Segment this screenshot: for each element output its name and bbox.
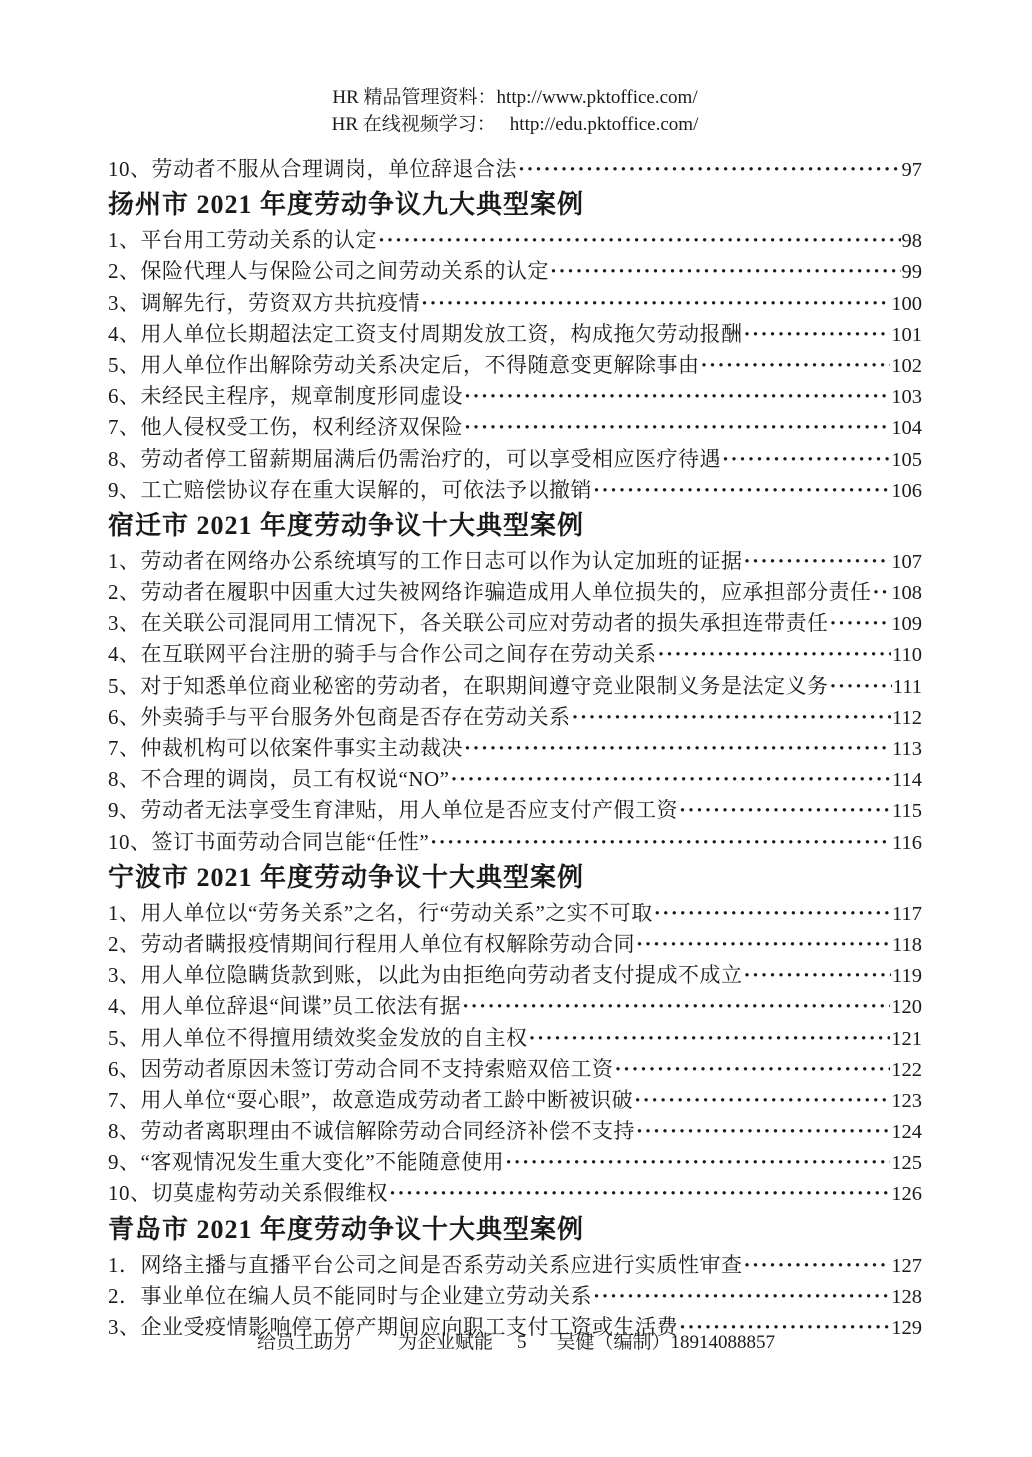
- toc-entry-page-number: 101: [891, 320, 922, 350]
- toc-entry: 8、不合理的调岗，员工有权说“NO”114: [108, 764, 922, 795]
- toc-dot-leader: [529, 1023, 891, 1054]
- toc-entry: 2、保险代理人与保险公司之间劳动关系的认定99: [108, 256, 922, 287]
- toc-dot-leader: [593, 475, 890, 506]
- header-url-2: http://edu.pktoffice.com/: [510, 114, 699, 135]
- toc-entry: 3、调解先行，劳资双方共抗疫情100: [108, 288, 922, 319]
- toc-entry: 3、用人单位隐瞒货款到账，以此为由拒绝向劳动者支付提成不成立119: [108, 960, 922, 991]
- toc-entry-page-number: 99: [902, 257, 923, 287]
- toc-dot-leader: [593, 1281, 890, 1312]
- toc-dot-leader: [464, 733, 891, 764]
- toc-entry-page-number: 106: [891, 476, 922, 506]
- toc-section-heading: 宁波市 2021 年度劳动争议十大典型案例: [108, 858, 922, 898]
- toc-dot-leader: [634, 1085, 890, 1116]
- toc-entry-page-number: 125: [891, 1148, 922, 1178]
- toc-entry: 2．事业单位在编人员不能同时与企业建立劳动关系128: [108, 1281, 922, 1312]
- toc-entry: 1、用人单位以“劳务关系”之名，行“劳动关系”之实不可取117: [108, 898, 922, 929]
- toc-entry-page-number: 123: [891, 1086, 922, 1116]
- toc-entry: 7、仲裁机构可以依案件事实主动裁决113: [108, 733, 922, 764]
- header-url-1: http://www.pktoffice.com/: [497, 87, 698, 108]
- toc-entry: 10、劳动者不服从合理调岗，单位辞退合法97: [108, 154, 922, 185]
- toc-entry: 7、用人单位“耍心眼”，故意造成劳动者工龄中断被识破123: [108, 1085, 922, 1116]
- toc-entry-title: 10、切莫虚构劳动关系假维权: [108, 1178, 388, 1209]
- toc-entry: 8、劳动者离职理由不诚信解除劳动合同经济补偿不支持124: [108, 1116, 922, 1147]
- toc-entry-title: 6、因劳动者原因未签订劳动合同不支持索赔双倍工资: [108, 1054, 614, 1085]
- toc-entry-page-number: 111: [893, 672, 922, 702]
- toc-entry-page-number: 109: [891, 609, 922, 639]
- toc-entry: 5、用人单位作出解除劳动关系决定后，不得随意变更解除事由102: [108, 350, 922, 381]
- toc-entry-title: 8、劳动者停工留薪期届满后仍需治疗的，可以享受相应医疗待遇: [108, 444, 721, 475]
- toc-entry-page-number: 116: [892, 828, 922, 858]
- toc-entry-page-number: 102: [891, 351, 922, 381]
- toc-entry-title: 10、签订书面劳动合同岂能“任性”: [108, 827, 429, 858]
- toc-entry-title: 2、保险代理人与保险公司之间劳动关系的认定: [108, 256, 549, 287]
- toc-entry-title: 6、未经民主程序，规章制度形同虚设: [108, 381, 463, 412]
- toc-entry: 8、劳动者停工留薪期届满后仍需治疗的，可以享受相应医疗待遇105: [108, 444, 922, 475]
- toc-entry-page-number: 115: [892, 796, 922, 826]
- toc-entry-title: 4、在互联网平台注册的骑手与合作公司之间存在劳动关系: [108, 639, 657, 670]
- toc-entry-page-number: 120: [891, 992, 922, 1022]
- footer-slogan-left: 给员工助力: [257, 1332, 352, 1353]
- toc-entry-title: 3、用人单位隐瞒货款到账，以此为由拒绝向劳动者支付提成不成立: [108, 960, 743, 991]
- toc-entry: 5、对于知悉单位商业秘密的劳动者，在职期间遵守竞业限制义务是法定义务111: [108, 671, 922, 702]
- toc-entry: 2、劳动者在履职中因重大过失被网络诈骗造成用人单位损失的，应承担部分责任108: [108, 577, 922, 608]
- toc-dot-leader: [615, 1054, 891, 1085]
- toc-entry-page-number: 112: [892, 703, 922, 733]
- toc-entry-page-number: 122: [891, 1055, 922, 1085]
- toc-entry-page-number: 124: [891, 1117, 922, 1147]
- toc-entry: 1、劳动者在网络办公系统填写的工作日志可以作为认定加班的证据107: [108, 546, 922, 577]
- toc-dot-leader: [744, 960, 892, 991]
- toc-entry-page-number: 128: [891, 1282, 922, 1312]
- toc-section-heading: 青岛市 2021 年度劳动争议十大典型案例: [108, 1210, 922, 1250]
- toc-section-heading: 扬州市 2021 年度劳动争议九大典型案例: [108, 185, 922, 225]
- page-header: HR 精品管理资料：http://www.pktoffice.com/ HR 在…: [108, 84, 922, 138]
- toc-entry: 9、劳动者无法享受生育津贴，用人单位是否应支付产假工资115: [108, 795, 922, 826]
- page-footer: 给员工助力为企业赋能5吴健（编制）18914088857: [0, 1330, 1032, 1356]
- toc-entry-title: 7、他人侵权受工伤，权利经济双保险: [108, 412, 463, 443]
- toc-entry-page-number: 110: [892, 640, 922, 670]
- toc-entry-title: 3、调解先行，劳资双方共抗疫情: [108, 288, 420, 319]
- header-label-2: HR 在线视频学习：: [332, 114, 496, 135]
- toc-entry-page-number: 121: [891, 1024, 922, 1054]
- toc-entry-page-number: 126: [891, 1179, 922, 1209]
- toc-entry: 4、在互联网平台注册的骑手与合作公司之间存在劳动关系110: [108, 639, 922, 670]
- toc-entry-title: 5、对于知悉单位商业秘密的劳动者，在职期间遵守竞业限制义务是法定义务: [108, 671, 829, 702]
- toc-entry-title: 4、用人单位辞退“间谍”员工依法有据: [108, 991, 461, 1022]
- toc-dot-leader: [722, 444, 890, 475]
- toc-entry-page-number: 127: [891, 1251, 922, 1281]
- toc-entry-page-number: 104: [891, 413, 922, 443]
- toc-dot-leader: [430, 827, 891, 858]
- toc-entry: 6、未经民主程序，规章制度形同虚设103: [108, 381, 922, 412]
- toc-dot-leader: [378, 225, 901, 256]
- toc-entry-title: 6、外卖骑手与平台服务外包商是否存在劳动关系: [108, 702, 571, 733]
- toc-entry-page-number: 113: [892, 734, 922, 764]
- toc-dot-leader: [654, 898, 891, 929]
- header-line-2: HR 在线视频学习：http://edu.pktoffice.com/: [108, 111, 922, 138]
- toc-entry-title: 3、在关联公司混同用工情况下，各关联公司应对劳动者的损失承担连带责任: [108, 608, 829, 639]
- toc-dot-leader: [518, 154, 901, 185]
- toc-entry-page-number: 119: [892, 961, 922, 991]
- toc-entry-title: 9、劳动者无法享受生育津贴，用人单位是否应支付产假工资: [108, 795, 678, 826]
- toc-entry-page-number: 98: [902, 226, 923, 256]
- toc-dot-leader: [636, 929, 891, 960]
- toc-entry-page-number: 103: [891, 382, 922, 412]
- toc-entry-title: 8、不合理的调岗，员工有权说“NO”: [108, 764, 449, 795]
- toc-entry-title: 1、平台用工劳动关系的认定: [108, 225, 377, 256]
- toc-entry-page-number: 118: [892, 930, 922, 960]
- toc-entry-title: 9、工亡赔偿协议存在重大误解的，可依法予以撤销: [108, 475, 592, 506]
- toc-entry: 9、“客观情况发生重大变化”不能随意使用125: [108, 1147, 922, 1178]
- toc-entry-title: 1、劳动者在网络办公系统填写的工作日志可以作为认定加班的证据: [108, 546, 743, 577]
- toc-dot-leader: [873, 577, 891, 608]
- footer-slogan-right: 为企业赋能: [398, 1332, 493, 1353]
- toc-entry-page-number: 114: [892, 765, 922, 795]
- toc-entry-title: 2．事业单位在编人员不能同时与企业建立劳动关系: [108, 1281, 592, 1312]
- header-label-1: HR 精品管理资料：: [332, 87, 496, 108]
- toc-entry: 5、用人单位不得擅用绩效奖金发放的自主权121: [108, 1023, 922, 1054]
- toc-dot-leader: [658, 639, 892, 670]
- toc-entry: 7、他人侵权受工伤，权利经济双保险104: [108, 412, 922, 443]
- toc-dot-leader: [450, 764, 891, 795]
- toc-entry: 10、签订书面劳动合同岂能“任性”116: [108, 827, 922, 858]
- table-of-contents: 10、劳动者不服从合理调岗，单位辞退合法97扬州市 2021 年度劳动争议九大典…: [108, 154, 922, 1343]
- toc-dot-leader: [421, 288, 890, 319]
- toc-dot-leader: [744, 546, 891, 577]
- toc-entry: 4、用人单位辞退“间谍”员工依法有据120: [108, 991, 922, 1022]
- toc-entry: 10、切莫虚构劳动关系假维权126: [108, 1178, 922, 1209]
- toc-dot-leader: [572, 702, 892, 733]
- toc-entry: 3、在关联公司混同用工情况下，各关联公司应对劳动者的损失承担连带责任109: [108, 608, 922, 639]
- toc-entry-page-number: 108: [891, 578, 922, 608]
- toc-entry-page-number: 97: [902, 155, 923, 185]
- toc-dot-leader: [830, 671, 892, 702]
- toc-entry: 1．网络主播与直播平台公司之间是否系劳动关系应进行实质性审查127: [108, 1250, 922, 1281]
- toc-dot-leader: [830, 608, 891, 639]
- toc-dot-leader: [389, 1178, 890, 1209]
- toc-dot-leader: [550, 256, 901, 287]
- toc-entry-title: 7、用人单位“耍心眼”，故意造成劳动者工龄中断被识破: [108, 1085, 633, 1116]
- toc-entry-title: 2、劳动者在履职中因重大过失被网络诈骗造成用人单位损失的，应承担部分责任: [108, 577, 872, 608]
- toc-section-heading: 宿迁市 2021 年度劳动争议十大典型案例: [108, 506, 922, 546]
- toc-dot-leader: [636, 1116, 890, 1147]
- header-line-1: HR 精品管理资料：http://www.pktoffice.com/: [108, 84, 922, 111]
- toc-dot-leader: [744, 319, 891, 350]
- toc-dot-leader: [505, 1147, 890, 1178]
- toc-entry: 6、因劳动者原因未签订劳动合同不支持索赔双倍工资122: [108, 1054, 922, 1085]
- footer-author: 吴健（编制）18914088857: [557, 1332, 776, 1353]
- toc-entry: 1、平台用工劳动关系的认定98: [108, 225, 922, 256]
- toc-entry: 4、用人单位长期超法定工资支付周期发放工资，构成拖欠劳动报酬101: [108, 319, 922, 350]
- toc-entry-title: 4、用人单位长期超法定工资支付周期发放工资，构成拖欠劳动报酬: [108, 319, 743, 350]
- toc-entry-title: 5、用人单位不得擅用绩效奖金发放的自主权: [108, 1023, 528, 1054]
- footer-page-number: 5: [517, 1332, 527, 1353]
- toc-entry-page-number: 100: [891, 289, 922, 319]
- toc-entry-title: 1、用人单位以“劳务关系”之名，行“劳动关系”之实不可取: [108, 898, 653, 929]
- toc-dot-leader: [462, 991, 890, 1022]
- toc-dot-leader: [679, 795, 891, 826]
- toc-dot-leader: [464, 381, 890, 412]
- toc-entry-title: 8、劳动者离职理由不诚信解除劳动合同经济补偿不支持: [108, 1116, 635, 1147]
- toc-entry-title: 1．网络主播与直播平台公司之间是否系劳动关系应进行实质性审查: [108, 1250, 743, 1281]
- toc-entry-page-number: 105: [891, 445, 922, 475]
- toc-entry-title: 7、仲裁机构可以依案件事实主动裁决: [108, 733, 463, 764]
- toc-dot-leader: [464, 412, 890, 443]
- toc-entry-title: 2、劳动者瞒报疫情期间行程用人单位有权解除劳动合同: [108, 929, 635, 960]
- toc-entry: 2、劳动者瞒报疫情期间行程用人单位有权解除劳动合同118: [108, 929, 922, 960]
- toc-entry-page-number: 107: [891, 547, 922, 577]
- toc-dot-leader: [701, 350, 891, 381]
- toc-entry: 6、外卖骑手与平台服务外包商是否存在劳动关系112: [108, 702, 922, 733]
- toc-entry-title: 10、劳动者不服从合理调岗，单位辞退合法: [108, 154, 517, 185]
- toc-dot-leader: [744, 1250, 891, 1281]
- toc-entry: 9、工亡赔偿协议存在重大误解的，可依法予以撤销106: [108, 475, 922, 506]
- toc-entry-title: 5、用人单位作出解除劳动关系决定后，不得随意变更解除事由: [108, 350, 700, 381]
- toc-entry-title: 9、“客观情况发生重大变化”不能随意使用: [108, 1147, 504, 1178]
- toc-entry-page-number: 117: [892, 899, 922, 929]
- document-page: HR 精品管理资料：http://www.pktoffice.com/ HR 在…: [0, 0, 1032, 1457]
